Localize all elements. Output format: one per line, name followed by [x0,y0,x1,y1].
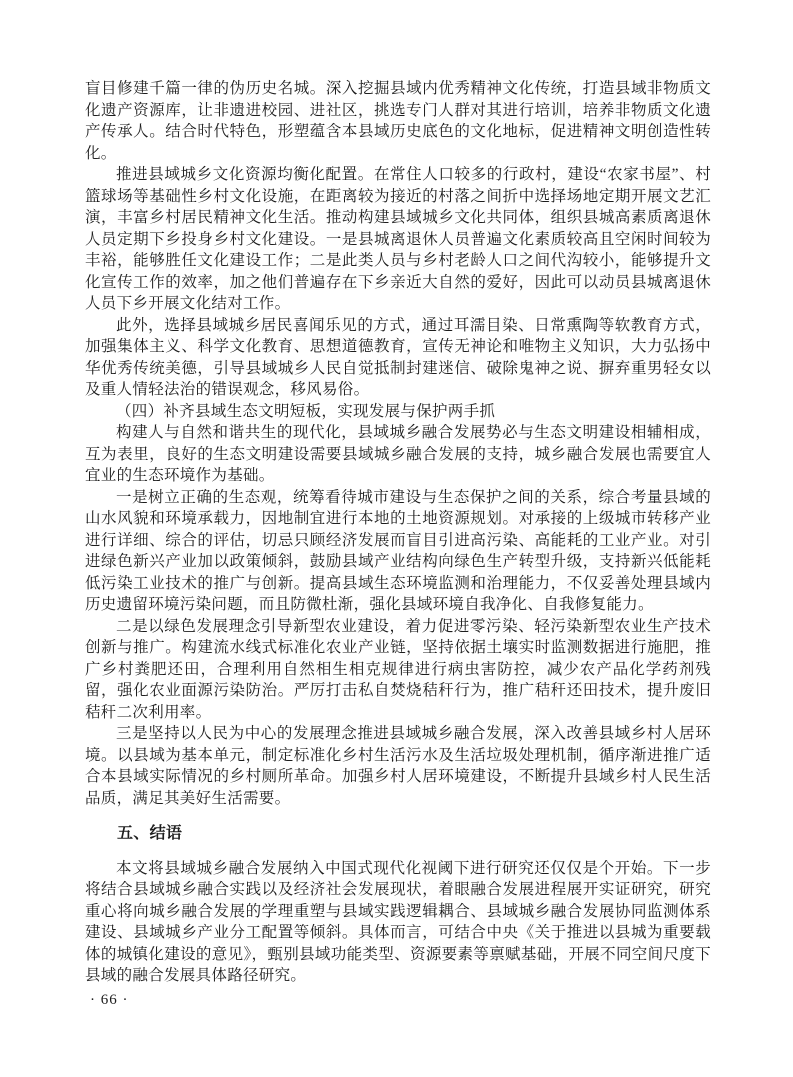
body-paragraph: 一是树立正确的生态观，统筹看待城市建设与生态保护之间的关系，综合考量县域的山水风… [85,487,711,616]
body-paragraph: 推进县域城乡文化资源均衡化配置。在常住人口较多的行政村，建设“农家书屋”、村篮球… [85,164,711,315]
text-block: 盲目修建千篇一律的伪历史名城。深入挖掘县域内优秀精神文化传统，打造县域非物质文化… [85,78,711,987]
body-paragraph: 二是以绿色发展理念引导新型农业建设，着力促进零污染、轻污染新型农业生产技术创新与… [85,616,711,724]
section-heading: 五、结语 [85,823,711,845]
subsection-heading: （四）补齐县域生态文明短板，实现发展与保护两手抓 [85,401,711,423]
body-paragraph: 构建人与自然和谐共生的现代化，县域城乡融合发展势必与生态文明建设相辅相成，互为表… [85,422,711,487]
body-paragraph: 三是坚持以人民为中心的发展理念推进县域城乡融合发展，深入改善县域乡村人居环境。以… [85,723,711,809]
body-paragraph: 此外，选择县域城乡居民喜闻乐见的方式，通过耳濡目染、日常熏陶等软教育方式，加强集… [85,315,711,401]
body-paragraph: 本文将县域城乡融合发展纳入中国式现代化视阈下进行研究还仅仅是个开始。下一步将结合… [85,858,711,987]
page-number: · 66 · [90,992,129,1009]
body-paragraph: 盲目修建千篇一律的伪历史名城。深入挖掘县域内优秀精神文化传统，打造县域非物质文化… [85,78,711,164]
document-page: 盲目修建千篇一律的伪历史名城。深入挖掘县域内优秀精神文化传统，打造县域非物质文化… [0,0,793,1077]
